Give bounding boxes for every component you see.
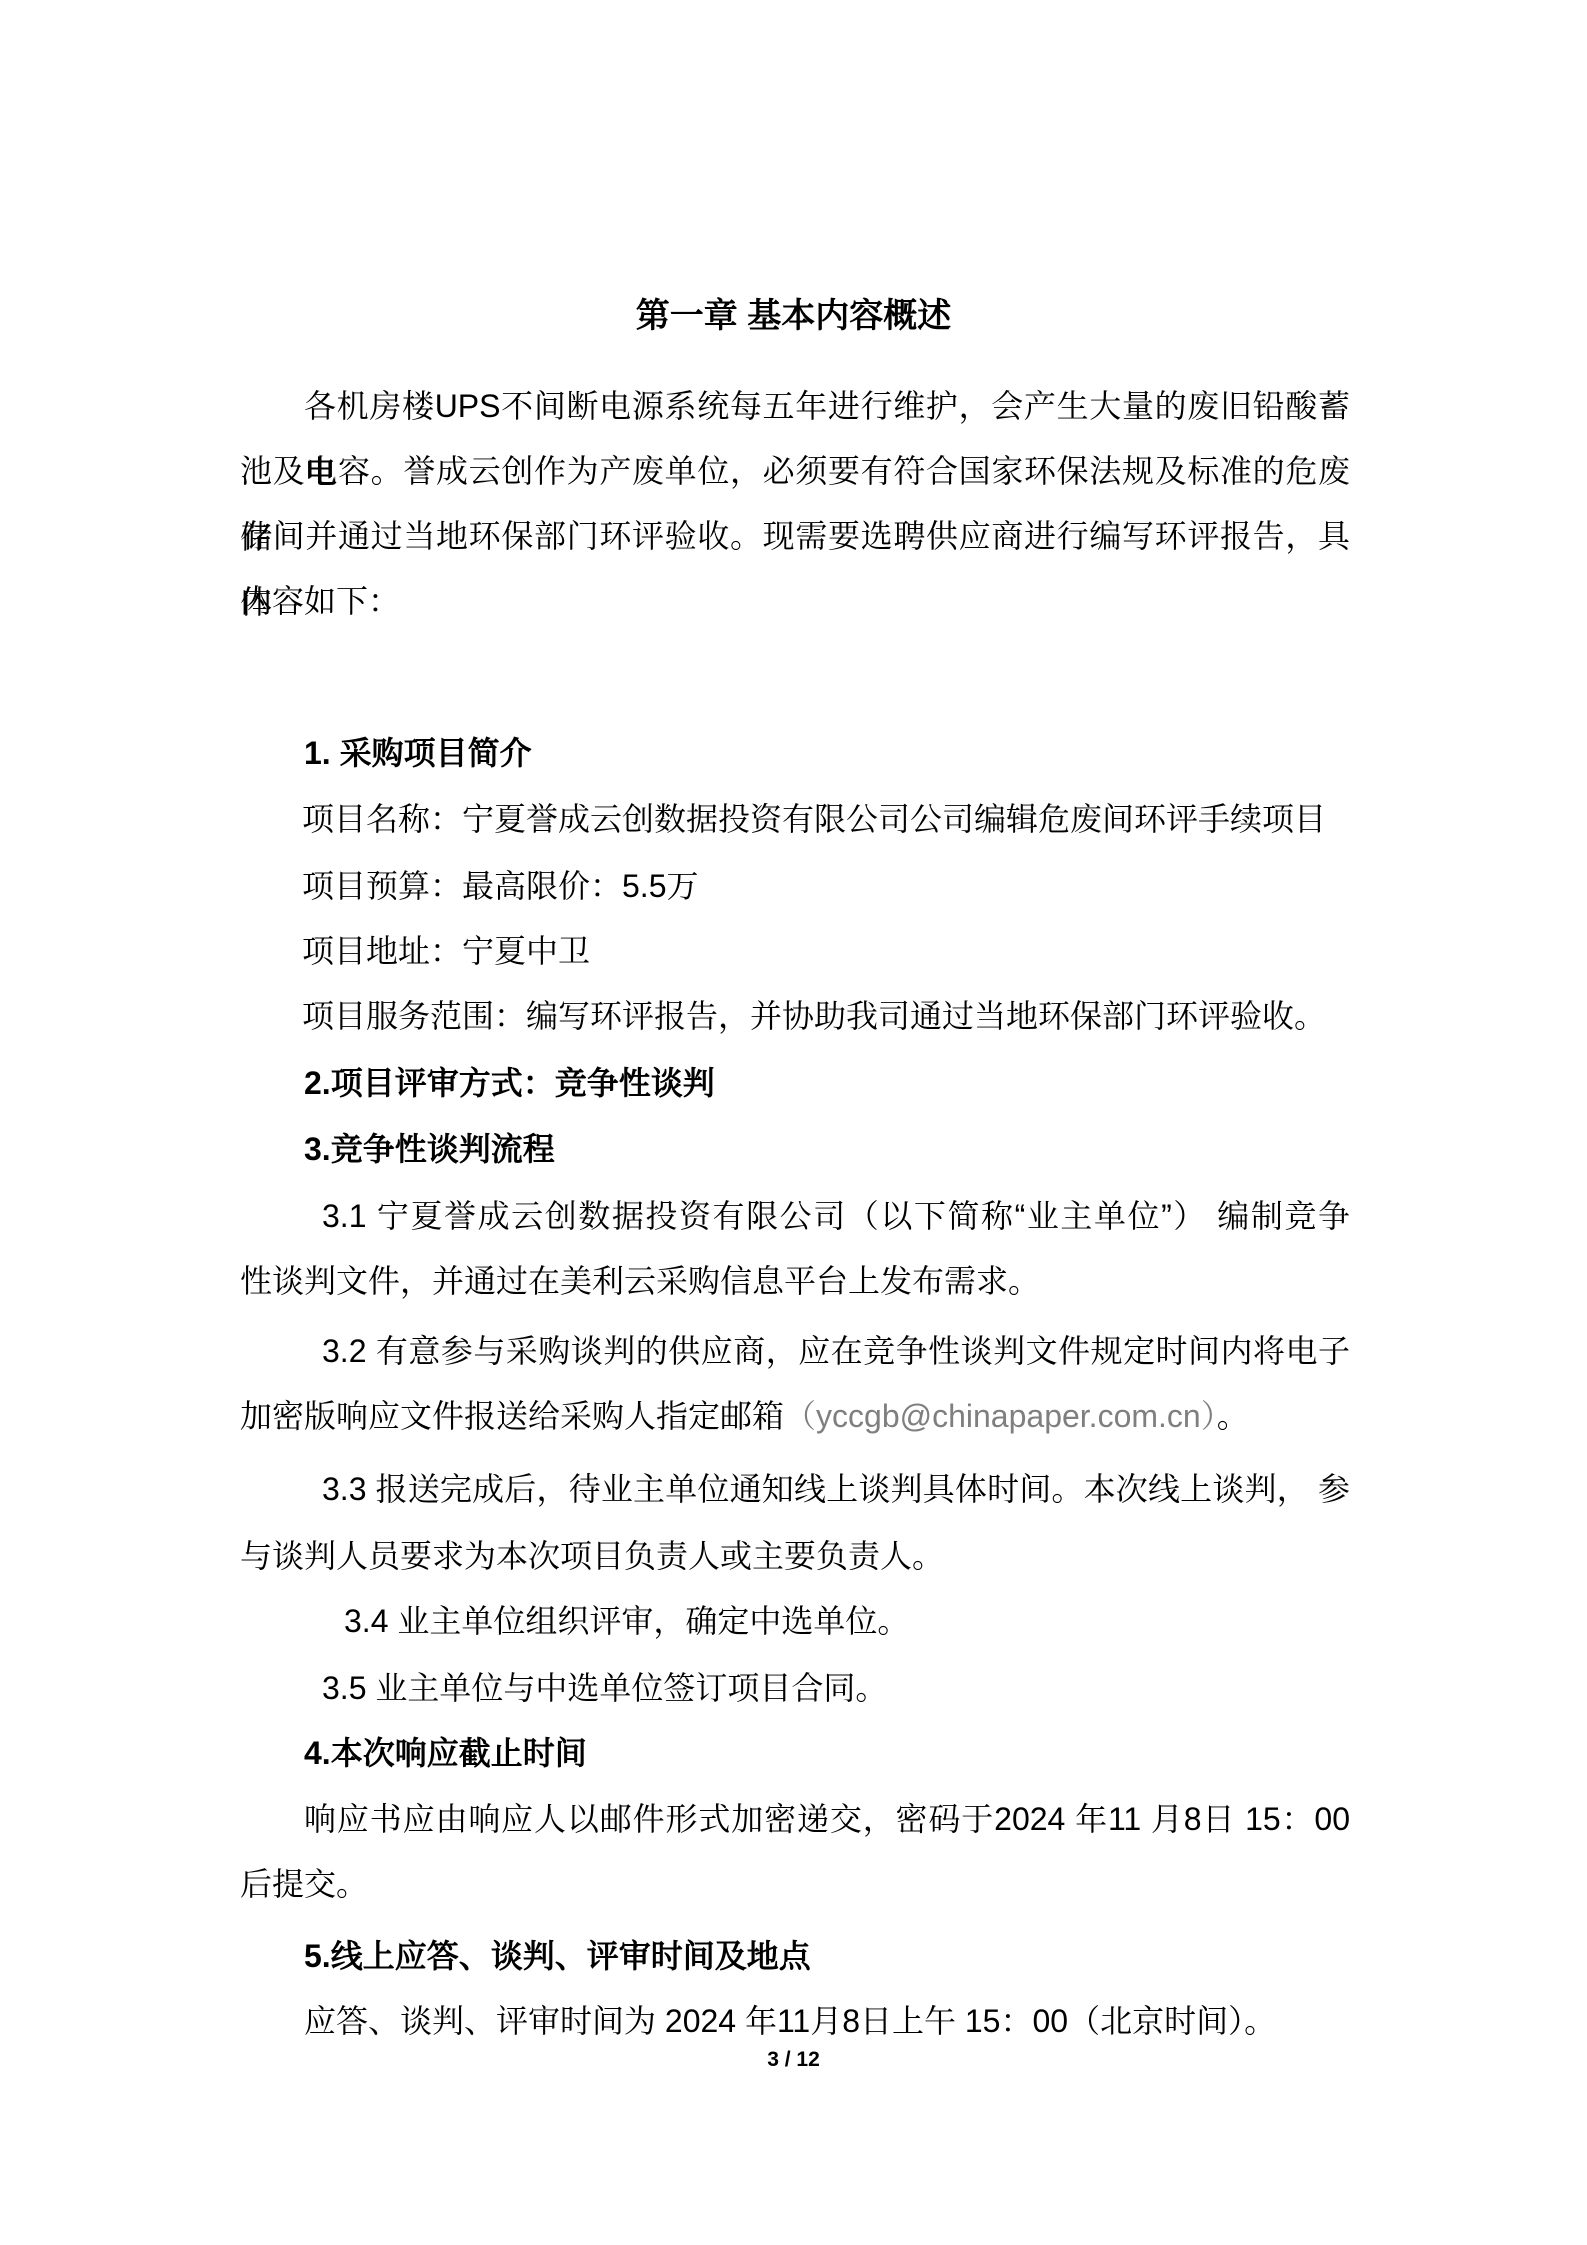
- item-3-5: 3.5 业主单位与中选单位签订项目合同。: [322, 1655, 887, 1721]
- item-3-2-line-2-text: 加密版响应文件报送给采购人指定邮箱: [240, 1398, 784, 1434]
- item-3-2-line-2-period: 。: [1217, 1398, 1249, 1434]
- section1-heading: 1. 采购项目简介: [304, 720, 532, 786]
- section2-heading: 2.项目评审方式：竞争性谈判: [304, 1050, 715, 1116]
- field-project-name: 项目名称：宁夏誉成云创数据投资有限公司公司编辑危废间环评手续项目: [302, 786, 1326, 852]
- field-project-budget: 项目预算：最高限价：5.5万: [302, 853, 699, 919]
- intro-line-3: 存间并通过当地环保部门环评验收。现需要选聘供应商进行编写环评报告，具体: [240, 503, 1350, 635]
- email-address: （yccgb@chinapaper.com.cn）: [784, 1398, 1217, 1434]
- item-3-1-line-2: 性谈判文件，并通过在美利云采购信息平台上发布需求。: [240, 1248, 1040, 1314]
- item-3-1-line-1: 3.1 宁夏誉成云创数据投资有限公司（以下简称“业主单位”） 编制竞争: [322, 1183, 1350, 1249]
- section4-heading: 4.本次响应截止时间: [304, 1720, 587, 1786]
- item-3-3-line-2: 与谈判人员要求为本次项目负责人或主要负责人。: [240, 1523, 944, 1589]
- section4-line-2: 后提交。: [240, 1851, 368, 1917]
- section4-line-1: 响应书应由响应人以邮件形式加密递交，密码于2024 年11 月8日 15：00: [304, 1786, 1350, 1852]
- intro-line-4: 内容如下：: [240, 568, 400, 634]
- item-3-2-line-1: 3.2 有意参与采购谈判的供应商，应在竞争性谈判文件规定时间内将电子: [322, 1318, 1350, 1384]
- section5-body: 应答、谈判、评审时间为 2024 年11月8日上午 15：00（北京时间）。: [304, 1988, 1276, 2054]
- document-page: 第一章 基本内容概述 各机房楼UPS不间断电源系统每五年进行维护，会产生大量的废…: [0, 0, 1587, 2245]
- field-project-address: 项目地址：宁夏中卫: [302, 918, 590, 984]
- footer-page-number: 3 / 12: [0, 2046, 1587, 2074]
- chapter-title: 第一章 基本内容概述: [0, 292, 1587, 340]
- item-3-4: 3.4 业主单位组织评审，确定中选单位。: [344, 1588, 909, 1654]
- section5-heading: 5.线上应答、谈判、评审时间及地点: [304, 1923, 811, 1989]
- item-3-3-line-1: 3.3 报送完成后，待业主单位通知线上谈判具体时间。本次线上谈判， 参: [322, 1456, 1350, 1522]
- section3-heading: 3.竞争性谈判流程: [304, 1116, 555, 1182]
- item-3-2-line-2: 加密版响应文件报送给采购人指定邮箱（yccgb@chinapaper.com.c…: [240, 1383, 1249, 1449]
- field-project-scope: 项目服务范围：编写环评报告，并协助我司通过当地环保部门环评验收。: [302, 983, 1326, 1049]
